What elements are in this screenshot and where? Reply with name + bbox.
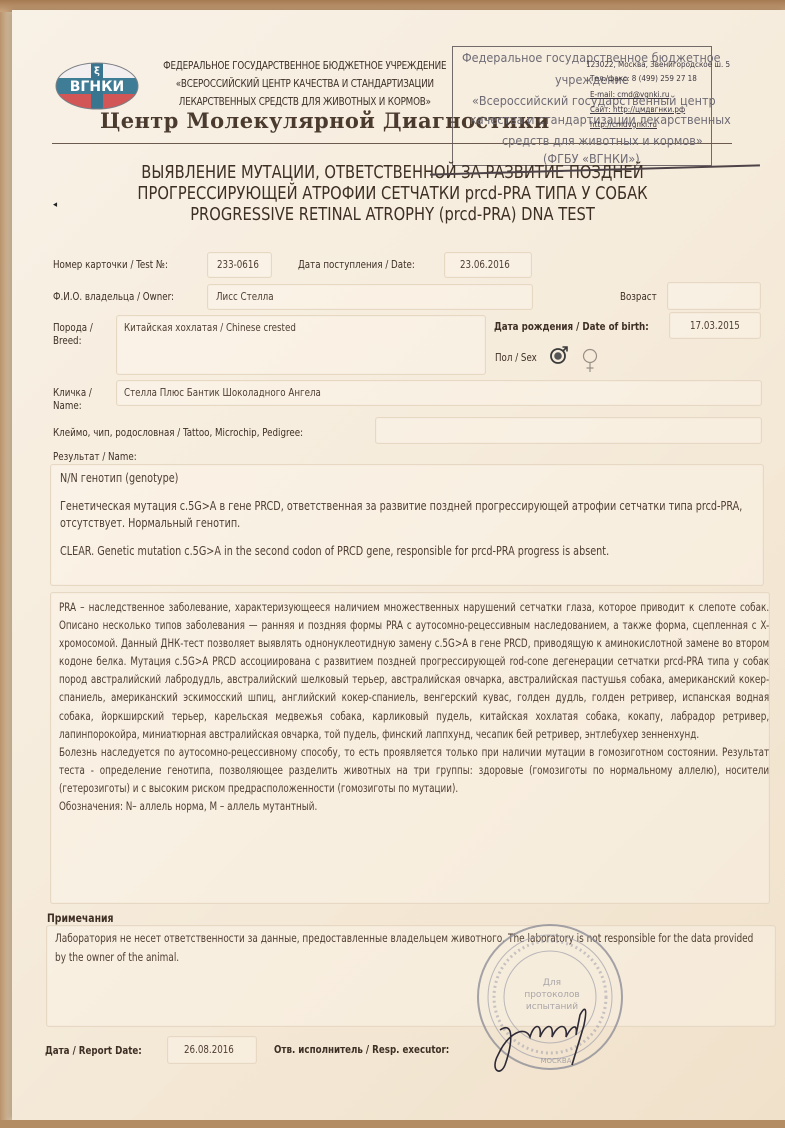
- result-en: CLEAR. Genetic mutation c.5G>A in the se…: [60, 543, 773, 560]
- svg-text:ξ: ξ: [94, 66, 100, 77]
- official-seal: Для протоколов испытаний МОСКВА: [460, 915, 630, 1080]
- sex-label: Пол / Sex: [495, 351, 537, 364]
- male-symbol-icon: [550, 346, 568, 364]
- breed-label: Breed:: [53, 334, 82, 347]
- test-number-label: Номер карточки / Test №:: [53, 258, 168, 271]
- test-number-value: 233-0616: [217, 258, 259, 271]
- genotype-value: N/N генотип (genotype): [60, 470, 773, 487]
- breed-value: Китайская хохлатая / Chinese crested: [124, 321, 296, 334]
- tattoo-field: [375, 417, 762, 444]
- tattoo-label: Клеймо, чип, родословная / Tattoo, Micro…: [53, 426, 303, 439]
- svg-text:протоколов: протоколов: [524, 990, 579, 1000]
- description-paragraph: Болезнь наследуется по аутосомно-рецесси…: [59, 744, 769, 798]
- received-date-value: 23.06.2016: [460, 258, 510, 271]
- svg-text:Для: Для: [543, 978, 561, 988]
- description-paragraph: Обозначения: N– аллель норма, M – аллель…: [59, 798, 769, 816]
- margin-mark: ◂: [53, 200, 57, 210]
- dog-name-value: Стелла Плюс Бантик Шоколадного Ангела: [124, 386, 321, 399]
- org-line: «ВСЕРОССИЙСКИЙ ЦЕНТР КАЧЕСТВА И СТАНДАРТ…: [150, 76, 460, 94]
- report-date-value: 26.08.2016: [184, 1043, 234, 1056]
- stamp-site: Сайт: http://цмдвгнки.рф: [590, 105, 685, 114]
- age-field: [667, 282, 761, 310]
- dob-value: 17.03.2015: [690, 319, 740, 332]
- age-label: Возраст: [620, 290, 657, 303]
- description-text: PRA – наследственное заболевание, характ…: [59, 599, 769, 816]
- title-line: ПРОГРЕССИРУЮЩЕЙ АТРОФИИ СЕТЧАТКИ prcd-PR…: [63, 184, 722, 205]
- stamp-site: http://cmdvgnki.ru: [590, 120, 657, 129]
- org-line: ФЕДЕРАЛЬНОЕ ГОСУДАРСТВЕННОЕ БЮДЖЕТНОЕ УЧ…: [150, 58, 460, 76]
- stamp-line: средств для животных и кормов»: [502, 133, 703, 148]
- result-label: Результат / Name:: [53, 450, 137, 463]
- svg-text:ВГНКИ: ВГНКИ: [70, 79, 124, 95]
- svg-text:МОСКВА: МОСКВА: [541, 1057, 572, 1065]
- notes-label: Примечания: [47, 911, 114, 925]
- organization-name: ФЕДЕРАЛЬНОЕ ГОСУДАРСТВЕННОЕ БЮДЖЕТНОЕ УЧ…: [150, 58, 460, 112]
- stamp-email: E-mail: cmd@vgnki.ru: [590, 90, 669, 99]
- dog-name-label: Name:: [53, 399, 82, 412]
- owner-label: Ф.И.О. владельца / Owner:: [53, 290, 174, 303]
- result-ru: Генетическая мутация c.5G>A в гене PRCD,…: [60, 498, 773, 532]
- notes-text: Лаборатория не несет ответственности за …: [55, 929, 765, 967]
- vgnki-logo: ВГНКИ ξ: [55, 62, 139, 110]
- owner-value: Лисс Стелла: [216, 290, 274, 303]
- executor-label: Отв. исполнитель / Resp. executor:: [274, 1043, 449, 1056]
- title-line: PROGRESSIVE RETINAL ATROPHY (prcd-PRA) D…: [63, 205, 722, 226]
- female-symbol-icon: [582, 348, 598, 374]
- stamp-address: 123022, Москва, Звенигородское ш. 5: [586, 60, 730, 69]
- dog-name-label: Кличка /: [53, 386, 92, 399]
- breed-label: Порода /: [53, 321, 93, 334]
- svg-text:испытаний: испытаний: [526, 1002, 578, 1012]
- stamp-phone: Тел./факс: 8 (499) 259 27 18: [590, 74, 697, 83]
- table-edge-bottom: [0, 1120, 785, 1128]
- description-paragraph: PRA – наследственное заболевание, характ…: [59, 599, 769, 744]
- dob-label: Дата рождения / Date of birth:: [494, 320, 649, 333]
- result-text: N/N генотип (genotype) Генетическая мута…: [60, 470, 770, 571]
- received-date-label: Дата поступления / Date:: [298, 258, 415, 271]
- report-date-label: Дата / Report Date:: [45, 1044, 142, 1057]
- document-title: ВЫЯВЛЕНИЕ МУТАЦИИ, ОТВЕТСТВЕННОЙ ЗА РАЗВ…: [0, 163, 785, 226]
- title-line: ВЫЯВЛЕНИЕ МУТАЦИИ, ОТВЕТСТВЕННОЙ ЗА РАЗВ…: [63, 163, 722, 184]
